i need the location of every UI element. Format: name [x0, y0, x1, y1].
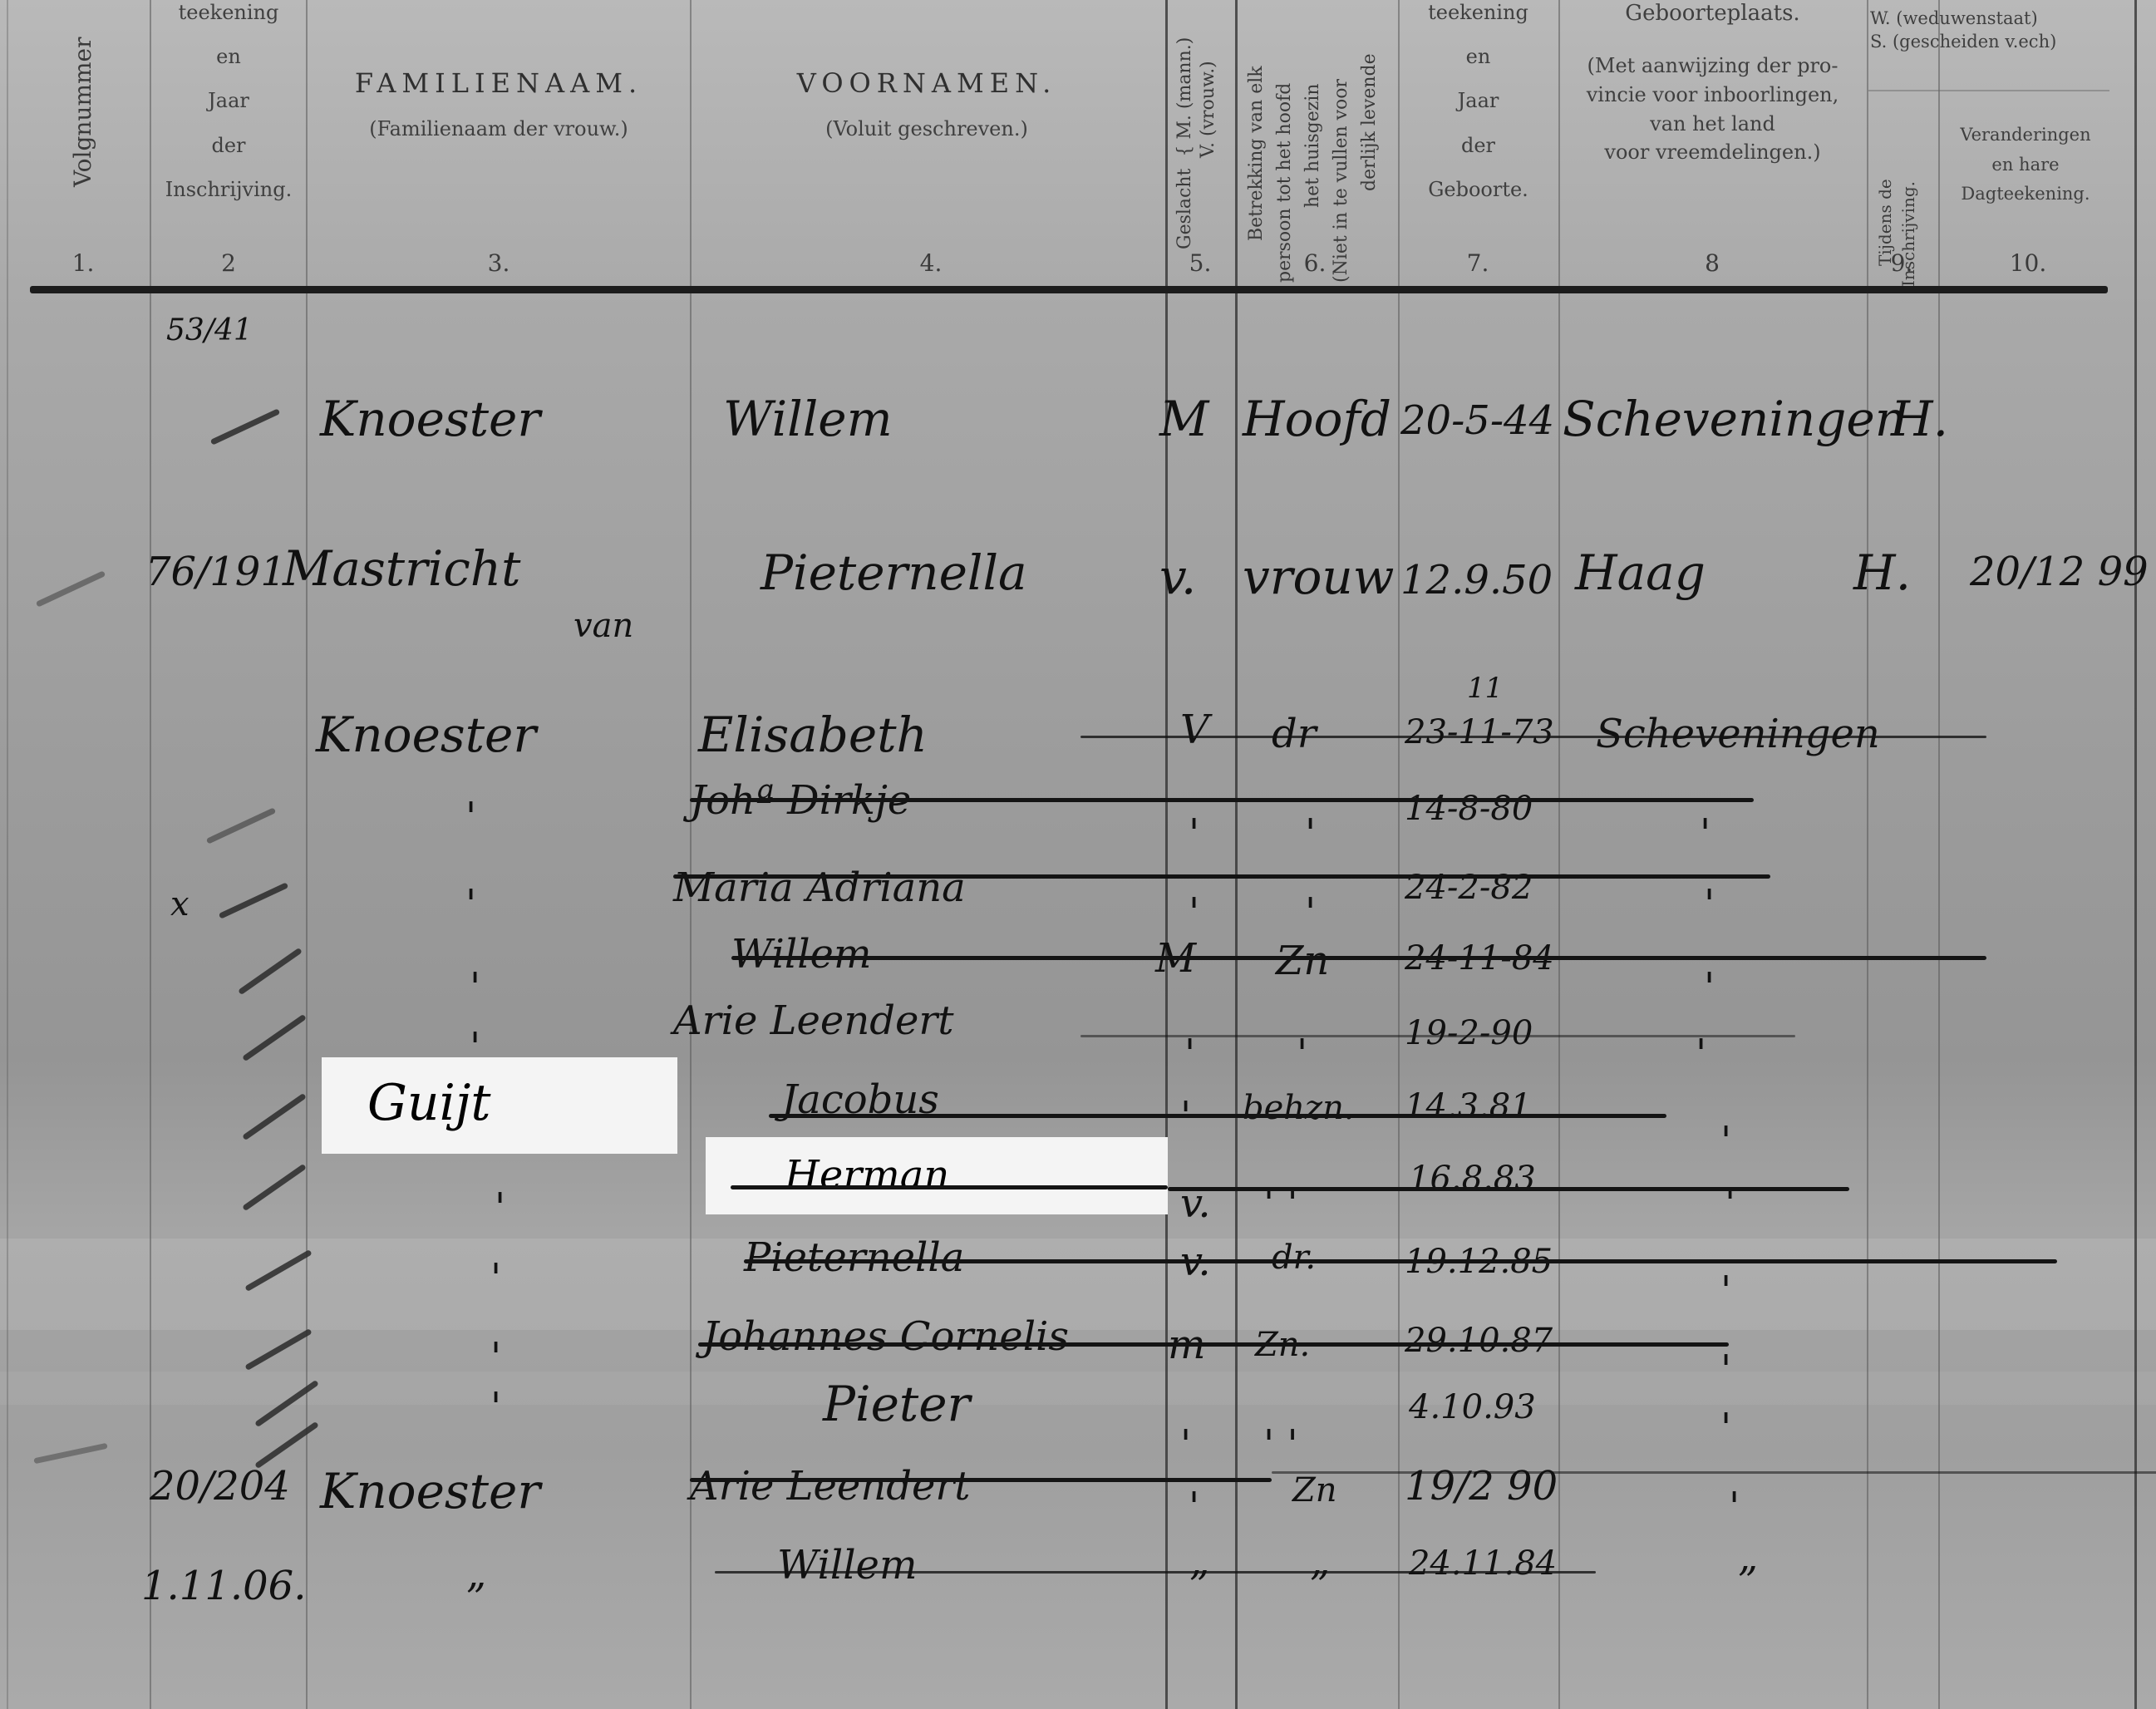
strikethrough	[715, 1571, 1596, 1574]
margin-mark	[242, 1164, 307, 1211]
header-line: Geboorte.	[1398, 177, 1558, 203]
entry-surname-ditto: '	[465, 794, 476, 840]
header-col2: teekening en Jaar der Inschrijving.	[150, 0, 308, 203]
entry-birth: 4.10.93	[1409, 1388, 1536, 1426]
column-rule	[1558, 0, 1560, 1709]
header-line: Veranderingen	[1938, 121, 2113, 150]
strikethrough	[1272, 1471, 2156, 1474]
entry-surname: Knoester	[320, 391, 540, 447]
entry-col9: H.	[1891, 391, 1948, 447]
strikethrough	[731, 1185, 1168, 1189]
entry-col2: 20/204	[150, 1463, 290, 1510]
header-rule	[30, 286, 2108, 293]
header-col8-title: Geboorteplaats.	[1558, 0, 1867, 28]
entry-relation: vrouw	[1243, 549, 1394, 605]
entry-surname: Mastricht	[283, 540, 520, 597]
entry-birth: 23-11-73	[1405, 713, 1554, 751]
margin-mark	[254, 1421, 319, 1469]
entry-birth: 24.11.84	[1409, 1544, 1557, 1583]
entry-birth: 19-2-90	[1405, 1014, 1533, 1052]
header-line: Geslacht	[1174, 169, 1195, 249]
entry-relation-ditto: '	[1305, 810, 1316, 857]
header-line: voor vreemdelingen.)	[1558, 138, 1867, 167]
strikethrough	[1080, 1035, 1795, 1037]
entry-given: Pieternella	[744, 1234, 964, 1281]
entry-relation-ditto: ”	[1309, 1563, 1330, 1609]
margin-mark	[244, 1328, 312, 1371]
margin-mark	[206, 807, 277, 844]
highlight-patch-surname: Guijt	[322, 1057, 677, 1154]
column-number: 8	[1687, 249, 1737, 277]
entry-given: Elisabeth	[698, 707, 928, 763]
entry-sex-ditto: '	[1189, 889, 1199, 936]
strikethrough	[769, 1114, 1666, 1118]
header-col5: Geslacht { M. (mann.)	[1174, 37, 1197, 249]
header-line: teekening	[150, 0, 308, 26]
entry-sex-ditto: '	[1184, 1031, 1195, 1077]
entry-birth: 19/2 90	[1405, 1463, 1558, 1510]
entry-surname-ditto: '	[490, 1255, 501, 1302]
header-col6-line3: het huisgezin	[1302, 83, 1325, 208]
entry-relation: Zn	[1292, 1471, 1337, 1510]
column-number: 2	[204, 249, 254, 277]
header-divider	[1868, 90, 2109, 91]
header-line: der	[150, 133, 308, 159]
header-line: Jaar	[1398, 88, 1558, 114]
entry-birthplace-ditto: '	[1720, 1405, 1731, 1451]
scan-band	[0, 1372, 2156, 1405]
entry-birthplace-ditto: '	[1704, 964, 1715, 1011]
entry-col10: 20/12 99	[1970, 549, 2149, 595]
entry-relation: dr.	[1272, 1239, 1316, 1277]
header-col3-subtitle: (Familienaam der vrouw.)	[308, 116, 690, 142]
entry-surname-ditto: '	[495, 1184, 505, 1231]
entry-given: Herman	[785, 1152, 949, 1199]
entry-surname-ditto: '	[470, 964, 480, 1011]
entry-surname-ditto: '	[465, 881, 476, 928]
header-line: M. (mann.)	[1174, 37, 1195, 140]
entry-surname: Knoester	[316, 707, 536, 763]
entry-birthplace: Haag	[1575, 544, 1706, 601]
entry-relation: Zn	[1276, 938, 1329, 984]
header-col4-title: VOORNAMEN.	[690, 66, 1164, 101]
header-line: vincie voor inboorlingen,	[1558, 81, 1867, 110]
entry-given: Willem	[777, 1542, 917, 1588]
page-border	[2134, 0, 2137, 1709]
header-line: S. (gescheiden v.ech)	[1870, 30, 2119, 53]
entry-birthplace-ditto: ”	[1737, 1559, 1758, 1605]
entry-sex-ditto: '	[1189, 1484, 1199, 1530]
header-col3-title: FAMILIENAAM.	[308, 66, 690, 101]
entry-surname-note: van	[573, 607, 633, 645]
entry-relation-ditto: '	[1297, 1031, 1307, 1077]
entry-col9: H.	[1853, 544, 1911, 601]
entry-birthplace-ditto: '	[1704, 881, 1715, 928]
strikethrough	[1080, 736, 1986, 738]
header-col1: Volgnummer	[68, 37, 97, 187]
entry-birthplace: Scheveningen	[1563, 391, 1906, 447]
entry-given: Arie Leendert	[690, 1463, 971, 1510]
strikethrough	[731, 956, 1986, 960]
entry-sex-ditto: ”	[1189, 1563, 1209, 1609]
margin-mark	[33, 1443, 107, 1465]
strikethrough	[690, 798, 1754, 802]
header-line: Inschrijving.	[150, 177, 308, 203]
entry-birth: 16.8.83	[1409, 1160, 1536, 1198]
column-rule	[1867, 0, 1868, 1709]
header-line: Jaar	[150, 88, 308, 114]
header-col9-top: W. (weduwenstaat) S. (gescheiden v.ech)	[1870, 7, 2119, 54]
entry-surname: Guijt	[367, 1074, 490, 1132]
column-number: 9.	[1877, 249, 1927, 277]
entry-sex: v.	[1159, 549, 1196, 605]
column-number: 7.	[1453, 249, 1503, 277]
entry-given: Maria Adriana	[673, 864, 966, 911]
entry-sex-ditto: '	[1180, 1421, 1191, 1468]
entry-birth: 29.10.87	[1405, 1322, 1553, 1360]
column-number: 1.	[58, 249, 108, 277]
entry-birth: 14-8-80	[1405, 790, 1533, 828]
entry-col2: 1.11.06.	[141, 1563, 306, 1609]
entry-relation-ditto: '	[1305, 889, 1316, 936]
header-col7: teekening en Jaar der Geboorte.	[1398, 0, 1558, 203]
highlight-patch-given: Herman	[706, 1137, 1168, 1214]
entry-birthplace-ditto: '	[1696, 1031, 1706, 1077]
entry-col2: 53/41	[166, 316, 253, 346]
column-number: 4.	[906, 249, 956, 277]
entry-birthplace-ditto: '	[1700, 810, 1711, 857]
entry-relation: behzn.	[1243, 1089, 1355, 1127]
column-number: 3.	[474, 249, 524, 277]
register-page: Volgnummer teekening en Jaar der Inschri…	[0, 0, 2156, 1709]
header-col10: Veranderingen en hare Dagteekening.	[1938, 121, 2113, 209]
entry-relation: dr	[1272, 711, 1317, 757]
column-number: 5.	[1175, 249, 1225, 277]
entry-birth: 12.9.50	[1400, 557, 1553, 603]
strikethrough	[1168, 1187, 1849, 1191]
entry-relation-ditto: ' '	[1263, 1421, 1298, 1468]
column-rule	[1165, 0, 1168, 1709]
entry-given: Willem	[731, 931, 871, 978]
column-rule	[150, 0, 151, 1709]
margin-mark	[242, 1093, 307, 1140]
entry-sex-ditto: '	[1189, 810, 1199, 857]
entry-surname-ditto: '	[490, 1334, 501, 1381]
margin-mark	[238, 948, 303, 995]
margin-mark	[219, 882, 289, 919]
entry-birth-note: 11	[1467, 672, 1503, 705]
header-col6-line5: derlijk levende	[1358, 53, 1381, 191]
entry-birthplace-ditto: '	[1720, 1347, 1731, 1393]
header-col4-subtitle: (Voluit geschreven.)	[690, 116, 1164, 142]
entry-surname-ditto: ”	[465, 1575, 486, 1622]
column-rule	[1235, 0, 1238, 1709]
header-line: en hare	[1938, 150, 2113, 180]
header-line: W. (weduwenstaat)	[1870, 7, 2119, 30]
page-border	[7, 0, 8, 1709]
column-rule	[1398, 0, 1400, 1709]
entry-birthplace: Scheveningen	[1596, 711, 1880, 757]
margin-mark	[210, 408, 281, 445]
strikethrough	[673, 874, 1770, 879]
margin-mark	[36, 570, 106, 607]
entry-birthplace-ditto: '	[1720, 1118, 1731, 1165]
strikethrough	[698, 1342, 1729, 1347]
entry-given: Arie Leendert	[673, 997, 954, 1044]
entry-given: Willem	[723, 391, 893, 447]
header-col8-subtitle: (Met aanwijzing der pro- vincie voor inb…	[1558, 52, 1867, 167]
column-rule	[306, 0, 308, 1709]
header-col5-line2: V. (vrouw.)	[1197, 61, 1220, 158]
strikethrough	[690, 1478, 1272, 1482]
header-line: en	[150, 44, 308, 70]
strikethrough	[744, 1259, 2057, 1263]
column-number: 10.	[2003, 249, 2053, 277]
column-rule	[1938, 0, 1940, 1709]
entry-sex: M	[1159, 391, 1208, 447]
header-line: (Met aanwijzing der pro-	[1558, 52, 1867, 81]
header-line: der	[1398, 133, 1558, 159]
header-col6-line1: Betrekking van elk	[1245, 66, 1268, 241]
entry-given: Johannes Cornelis	[702, 1313, 1069, 1360]
header-line: Dagteekening.	[1938, 180, 2113, 209]
entry-relation: Hoofd	[1243, 391, 1391, 447]
margin-mark	[242, 1014, 307, 1061]
entry-sex: V	[1180, 707, 1209, 753]
entry-birth: 20-5-44	[1400, 397, 1554, 444]
column-rule	[690, 0, 692, 1709]
entry-birth: 14.3.81	[1405, 1087, 1532, 1125]
entry-surname: Knoester	[320, 1463, 540, 1519]
header-line: en	[1398, 44, 1558, 70]
entry-col2: x	[170, 885, 190, 923]
entry-birthplace-ditto: '	[1729, 1484, 1740, 1530]
entry-given: Pieternella	[761, 544, 1027, 601]
header-line: van het land	[1558, 110, 1867, 139]
scan-band	[0, 1239, 2156, 1330]
entry-given: Pieter	[823, 1376, 970, 1432]
entry-surname-ditto: '	[490, 1384, 501, 1431]
entry-col2: 76/191	[145, 549, 286, 595]
column-number: 6.	[1290, 249, 1340, 277]
header-line: teekening	[1398, 0, 1558, 26]
entry-birthplace-ditto: '	[1720, 1268, 1731, 1314]
